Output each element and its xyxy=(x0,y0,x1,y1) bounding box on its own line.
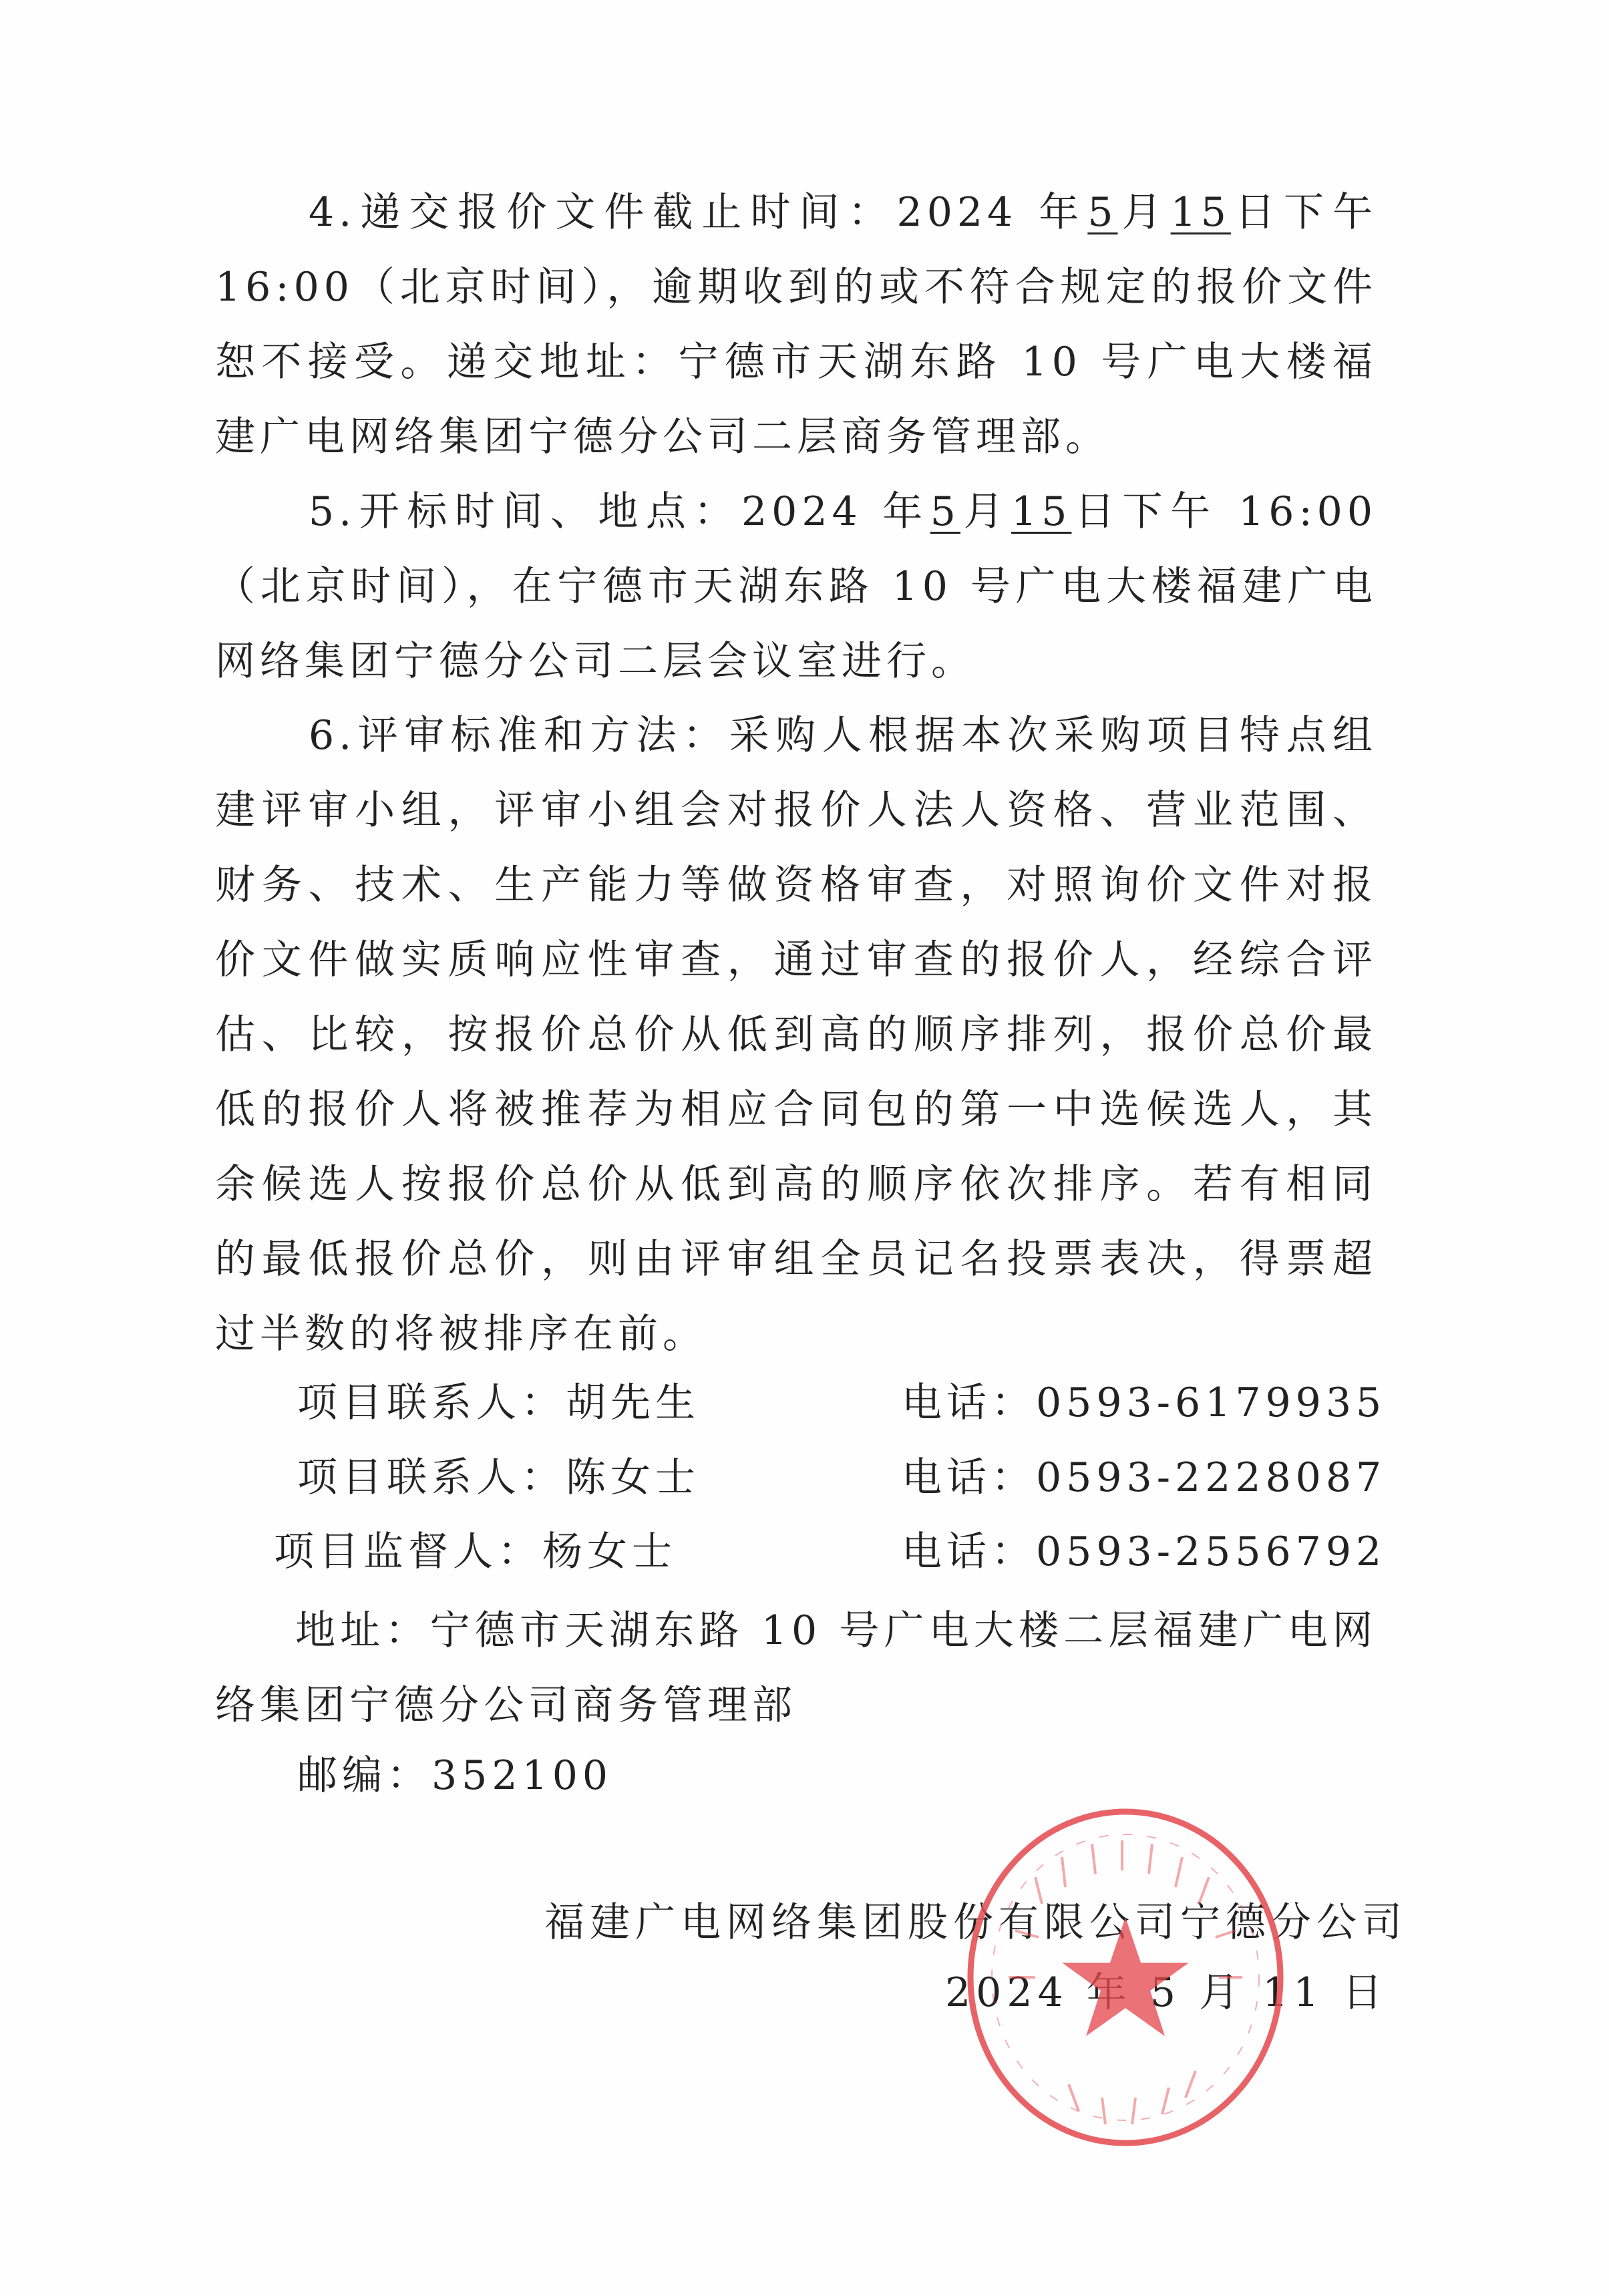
section-5-opening: 5.开标时间、地点：2024 年5月15日下午 16:00（北京时间），在宁德市… xyxy=(215,474,1377,699)
section-6-evaluation: 6.评审标准和方法：采购人根据本次采购项目特点组建评审小组，评审小组会对报价人法… xyxy=(215,698,1377,1371)
contact-phone: 电话：0593-2228087 xyxy=(902,1451,1386,1504)
section-number: 6. xyxy=(309,712,356,759)
phone-number: 0593-6179935 xyxy=(1036,1379,1386,1426)
issue-date: 2024 年 5 月 11 日 xyxy=(945,1961,1388,2018)
section-4-deadline: 4.递交报价文件截止时间：2024 年5月15日下午 16:00（北京时间），逾… xyxy=(215,175,1377,474)
contact-name: 陈女士 xyxy=(566,1454,700,1501)
issuer-company: 福建广电网络集团股份有限公司宁德分公司 xyxy=(544,1891,1407,1948)
phone-number: 0593-2228087 xyxy=(1036,1454,1386,1501)
contact-phone: 电话：0593-2556792 xyxy=(902,1525,1386,1579)
contact-role: 项目联系人： xyxy=(297,1454,566,1501)
postcode-value: 352100 xyxy=(431,1752,612,1799)
deadline-day: 15 xyxy=(1171,189,1231,236)
contact-name: 杨女士 xyxy=(542,1528,677,1575)
phone-number: 0593-2556792 xyxy=(1036,1528,1386,1575)
deadline-month: 5 xyxy=(1087,189,1117,236)
document-page: 4.递交报价文件截止时间：2024 年5月15日下午 16:00（北京时间），逾… xyxy=(0,0,1609,2296)
supervisor-row: 项目监督人：杨女士 xyxy=(274,1525,677,1579)
opening-day: 15 xyxy=(1011,488,1071,535)
contact-phone: 电话：0593-6179935 xyxy=(902,1376,1386,1430)
contact-name: 胡先生 xyxy=(566,1379,700,1426)
postcode-label: 邮编： xyxy=(297,1752,431,1799)
section-number: 4. xyxy=(309,189,356,236)
opening-month: 5 xyxy=(930,488,960,535)
section-number: 5. xyxy=(309,488,356,535)
contact-row: 项目联系人：陈女士 xyxy=(297,1451,700,1504)
address-block: 地址：宁德市天湖东路 10 号广电大楼二层福建广电网络集团宁德分公司商务管理部 xyxy=(215,1593,1377,1743)
postcode: 邮编：352100 xyxy=(297,1749,612,1802)
contact-row: 项目联系人：胡先生 xyxy=(297,1376,700,1430)
address-label: 地址： xyxy=(295,1607,430,1654)
contact-role: 项目监督人： xyxy=(274,1528,542,1575)
contact-role: 项目联系人： xyxy=(297,1379,566,1426)
